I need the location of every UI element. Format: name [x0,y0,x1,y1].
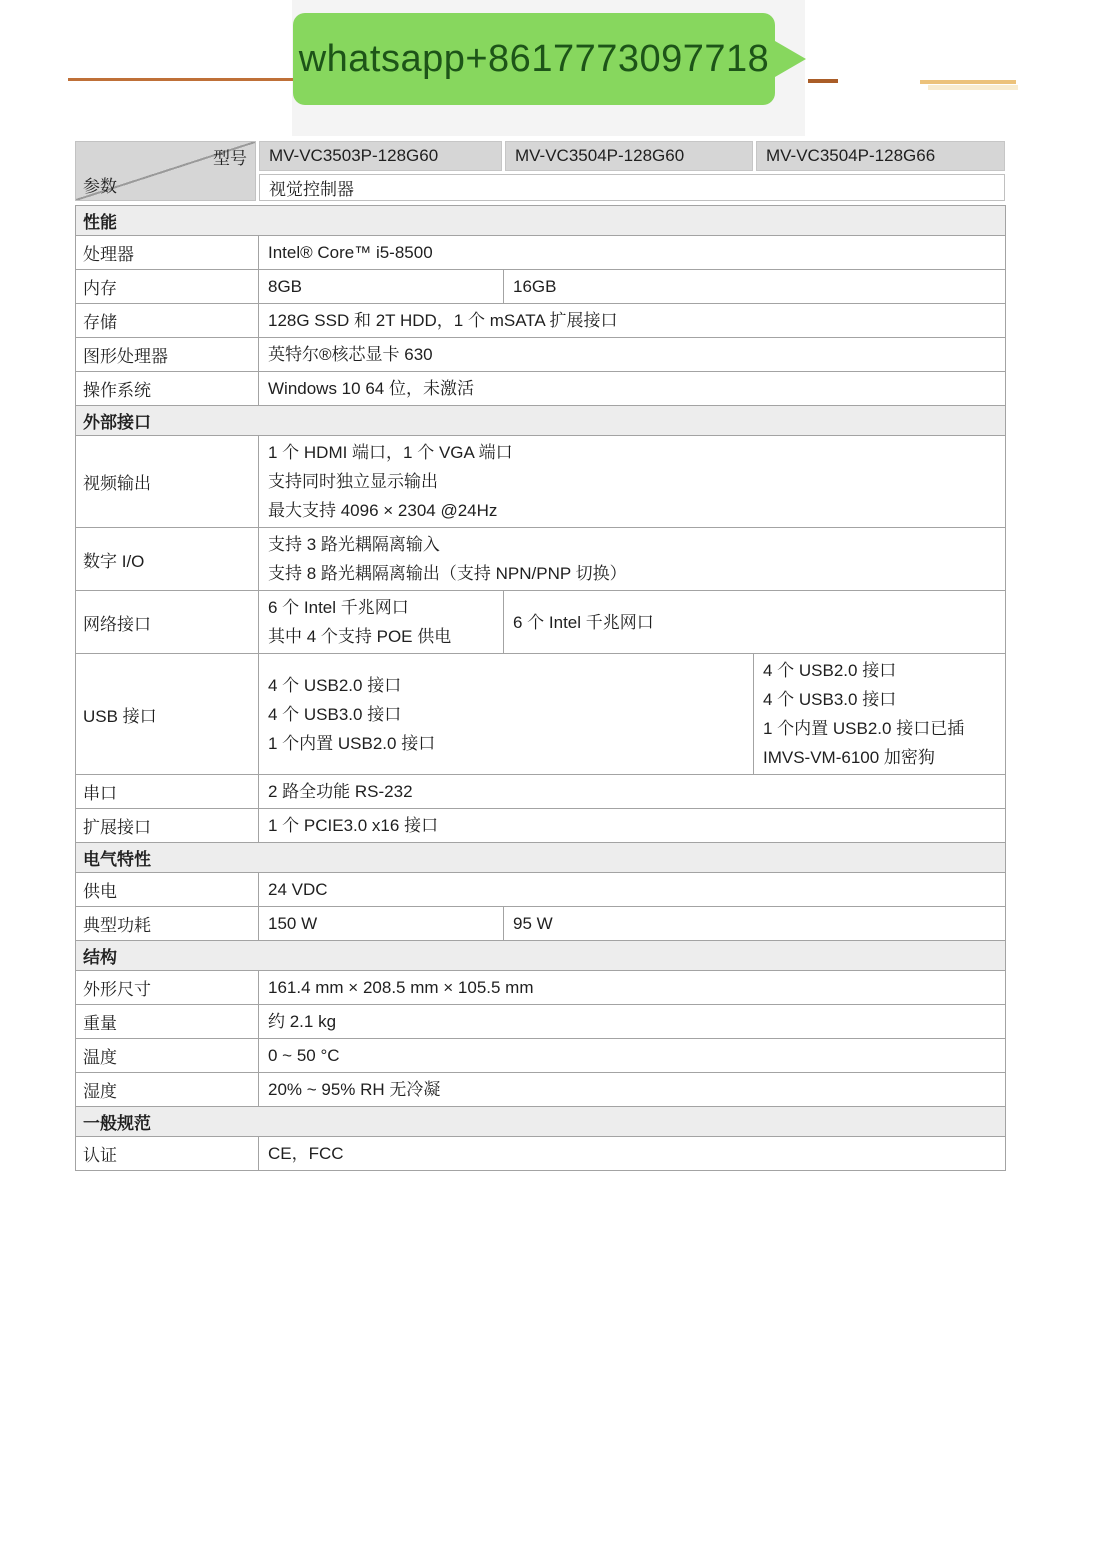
section-header: 外部接口 [76,406,1006,436]
spec-line: 95 W [513,909,997,938]
spec-value: 英特尔®核芯显卡 630 [259,338,1006,372]
spec-label: 处理器 [76,236,259,270]
spec-value: 1 个 HDMI 端口，1 个 VGA 端口支持同时独立显示输出最大支持 409… [259,436,1006,528]
spec-value: 4 个 USB2.0 接口4 个 USB3.0 接口1 个内置 USB2.0 接… [754,654,1006,775]
table-row: 湿度20% ~ 95% RH 无冷凝 [76,1073,1006,1107]
divider-line-right-dark [808,79,838,83]
spec-value: 6 个 Intel 千兆网口 [504,591,1006,654]
section-header: 性能 [76,206,1006,236]
model-header-1: MV-VC3503P-128G60 [259,141,502,171]
divider-line-left [68,78,294,81]
spec-line: 支持 3 路光耦隔离输入 [268,530,997,559]
table-row: 处理器Intel® Core™ i5-8500 [76,236,1006,270]
whatsapp-contact: whatsapp+8617773097718 [299,38,770,81]
section-row: 外部接口 [76,406,1006,436]
header-corner-param-label: 参数 [83,172,117,197]
spec-label: USB 接口 [76,654,259,775]
spec-label: 图形处理器 [76,338,259,372]
spec-value: 约 2.1 kg [259,1005,1006,1039]
spec-line: 支持同时独立显示输出 [268,467,997,496]
spec-value: 150 W [259,907,504,941]
spec-line: 150 W [268,909,495,938]
spec-line: 6 个 Intel 千兆网口 [513,608,997,637]
section-header: 一般规范 [76,1107,1006,1137]
spec-line: 128G SSD 和 2T HDD，1 个 mSATA 扩展接口 [268,306,997,335]
table-row: 认证CE，FCC [76,1137,1006,1171]
spec-label: 操作系统 [76,372,259,406]
spec-line: 16GB [513,272,997,301]
spec-line: 1 个内置 USB2.0 接口已插 [763,714,997,743]
spec-line: 8GB [268,272,495,301]
table-row: 操作系统Windows 10 64 位，未激活 [76,372,1006,406]
spec-value: 2 路全功能 RS-232 [259,775,1006,809]
spec-value: 24 VDC [259,873,1006,907]
spec-line: CE，FCC [268,1139,997,1168]
spec-line: 4 个 USB2.0 接口 [268,671,745,700]
spec-line: 支持 8 路光耦隔离输出（支持 NPN/PNP 切换） [268,559,997,588]
spec-line: 161.4 mm × 208.5 mm × 105.5 mm [268,973,997,1002]
table-row: 内存8GB16GB [76,270,1006,304]
spec-label: 存储 [76,304,259,338]
table-row: 网络接口6 个 Intel 千兆网口其中 4 个支持 POE 供电6 个 Int… [76,591,1006,654]
divider-line-right-pale [928,85,1018,90]
spec-label: 串口 [76,775,259,809]
section-row: 结构 [76,941,1006,971]
header-corner-cell: 型号 参数 [75,141,256,201]
spec-value: 0 ~ 50 °C [259,1039,1006,1073]
spec-value: 128G SSD 和 2T HDD，1 个 mSATA 扩展接口 [259,304,1006,338]
table-row: 典型功耗150 W95 W [76,907,1006,941]
spec-value: 4 个 USB2.0 接口4 个 USB3.0 接口1 个内置 USB2.0 接… [259,654,754,775]
spec-line: 4 个 USB3.0 接口 [763,685,997,714]
section-header: 电气特性 [76,843,1006,873]
spec-line: 2 路全功能 RS-232 [268,777,997,806]
table-row: 存储128G SSD 和 2T HDD，1 个 mSATA 扩展接口 [76,304,1006,338]
table-row: 数字 I/O支持 3 路光耦隔离输入支持 8 路光耦隔离输出（支持 NPN/PN… [76,528,1006,591]
spec-line: 1 个 HDMI 端口，1 个 VGA 端口 [268,438,997,467]
spec-line: 英特尔®核芯显卡 630 [268,340,997,369]
whatsapp-banner: whatsapp+8617773097718 [293,13,775,105]
model-header-3: MV-VC3504P-128G66 [756,141,1005,171]
spec-line: 4 个 USB3.0 接口 [268,700,745,729]
spec-value: 16GB [504,270,1006,304]
spec-label: 认证 [76,1137,259,1171]
spec-sheet: 型号 参数 MV-VC3503P-128G60 MV-VC3504P-128G6… [75,141,1005,1171]
table-row: 温度0 ~ 50 °C [76,1039,1006,1073]
spec-value: 支持 3 路光耦隔离输入支持 8 路光耦隔离输出（支持 NPN/PNP 切换） [259,528,1006,591]
spec-label: 数字 I/O [76,528,259,591]
spec-label: 内存 [76,270,259,304]
section-row: 性能 [76,206,1006,236]
spec-line: 0 ~ 50 °C [268,1041,997,1070]
divider-line-right-gold [920,80,1016,84]
table-row: 视频输出1 个 HDMI 端口，1 个 VGA 端口支持同时独立显示输出最大支持… [76,436,1006,528]
header-corner-model-label: 型号 [213,144,247,169]
spec-label: 供电 [76,873,259,907]
spec-value: Windows 10 64 位，未激活 [259,372,1006,406]
section-row: 电气特性 [76,843,1006,873]
spec-value: CE，FCC [259,1137,1006,1171]
table-row: 外形尺寸161.4 mm × 208.5 mm × 105.5 mm [76,971,1006,1005]
spec-table: 性能处理器Intel® Core™ i5-8500内存8GB16GB存储128G… [75,205,1006,1171]
spec-label: 视频输出 [76,436,259,528]
spec-label: 温度 [76,1039,259,1073]
spec-line: 20% ~ 95% RH 无冷凝 [268,1075,997,1104]
spec-label: 外形尺寸 [76,971,259,1005]
spec-value: 1 个 PCIE3.0 x16 接口 [259,809,1006,843]
spec-line: 1 个内置 USB2.0 接口 [268,729,745,758]
spec-line: Intel® Core™ i5-8500 [268,238,997,267]
table-row: 扩展接口1 个 PCIE3.0 x16 接口 [76,809,1006,843]
section-row: 一般规范 [76,1107,1006,1137]
section-header: 结构 [76,941,1006,971]
table-row: USB 接口4 个 USB2.0 接口4 个 USB3.0 接口1 个内置 US… [76,654,1006,775]
table-row: 图形处理器英特尔®核芯显卡 630 [76,338,1006,372]
spec-line: 4 个 USB2.0 接口 [763,656,997,685]
spec-value: 95 W [504,907,1006,941]
spec-value: 6 个 Intel 千兆网口其中 4 个支持 POE 供电 [259,591,504,654]
spec-line: 约 2.1 kg [268,1007,997,1036]
spec-table-header: 型号 参数 MV-VC3503P-128G60 MV-VC3504P-128G6… [75,141,1005,201]
table-row: 供电24 VDC [76,873,1006,907]
spec-value: 8GB [259,270,504,304]
table-row: 重量约 2.1 kg [76,1005,1006,1039]
spec-line: 24 VDC [268,875,997,904]
spec-value: Intel® Core™ i5-8500 [259,236,1006,270]
spec-label: 典型功耗 [76,907,259,941]
spec-value: 20% ~ 95% RH 无冷凝 [259,1073,1006,1107]
spec-line: 1 个 PCIE3.0 x16 接口 [268,811,997,840]
spec-line: 其中 4 个支持 POE 供电 [268,622,495,651]
spec-label: 网络接口 [76,591,259,654]
spec-label: 湿度 [76,1073,259,1107]
spec-label: 扩展接口 [76,809,259,843]
product-category-cell: 视觉控制器 [259,174,1005,201]
model-header-2: MV-VC3504P-128G60 [505,141,753,171]
spec-line: Windows 10 64 位，未激活 [268,374,997,403]
spec-line: 6 个 Intel 千兆网口 [268,593,495,622]
spec-line: 最大支持 4096 × 2304 @24Hz [268,496,997,525]
table-row: 串口2 路全功能 RS-232 [76,775,1006,809]
spec-value: 161.4 mm × 208.5 mm × 105.5 mm [259,971,1006,1005]
spec-line: IMVS-VM-6100 加密狗 [763,743,997,772]
spec-label: 重量 [76,1005,259,1039]
